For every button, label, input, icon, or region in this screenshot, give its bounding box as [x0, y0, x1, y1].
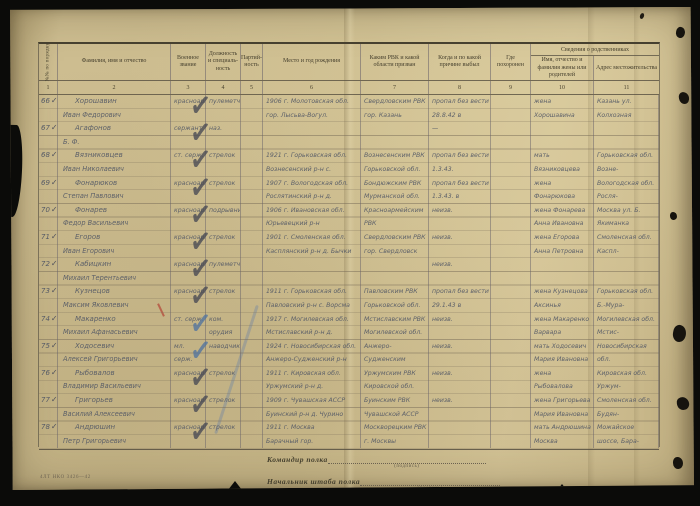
cell-rvk: Вознесенским РВК Горьковской обл. [361, 149, 429, 176]
check-mark-icon: ✓ [51, 340, 58, 351]
cell-party [241, 367, 263, 394]
surname-text: Егоров [61, 231, 169, 245]
surname-text: Фонарев [61, 204, 169, 218]
column-number: 2 [58, 81, 171, 94]
given-name-text: Иван Егорович [61, 245, 169, 259]
cell-rvk [361, 122, 429, 149]
cell-party [241, 285, 263, 312]
row-number: 78 [41, 421, 50, 434]
cell-buried [491, 313, 531, 340]
table-row: 78✓АндрюшинПетр Григорьевичкрасноарм.стр… [39, 421, 659, 448]
check-mark-icon: ✓ [51, 177, 58, 188]
cell-buried [491, 367, 531, 394]
cell-buried [491, 149, 531, 176]
table-row: 74✓МакаренкоМихаил Афанасьевичст. серж.к… [39, 313, 659, 340]
column-number: 3 [171, 81, 206, 94]
row-number: 70 [41, 204, 50, 217]
cell-rank: красноарм. [171, 285, 206, 312]
cell-relative: жена Рыбовалова Мария Васильевна [531, 367, 594, 394]
column-header-number-label: №№ по порядку [45, 43, 51, 82]
cell-out: неизв. [429, 204, 491, 231]
column-header-duty: Должность и специаль- ность [206, 44, 241, 80]
paper-edge-notch [555, 484, 569, 493]
chief-of-staff-signature-row: Начальник штаба полка (подпись) [267, 477, 500, 486]
cell-relative [531, 258, 594, 285]
cell-name: РыбоваловВладимир Васильевич [58, 367, 171, 394]
check-mark-icon: ✓ [51, 258, 58, 269]
cell-address: Горьковская обл. Б.-Мура- шкинский р-н с… [594, 285, 659, 312]
cell-num: 68✓ [39, 149, 58, 176]
cell-num: 67✓ [39, 122, 58, 149]
surname-text: Кабицкин [61, 258, 169, 272]
cell-name: ФонаревФедор Васильевич [58, 204, 171, 231]
cell-rvk: Бондюжским РВК Мурманской обл. [361, 177, 429, 204]
cell-out: неизв. [429, 258, 491, 285]
cell-rank: ст. серж. [171, 149, 206, 176]
column-header-name: Фамилия, имя и отчество [58, 44, 171, 80]
cell-born [263, 258, 361, 285]
cell-rank: мл. серж. [171, 340, 206, 367]
cell-relative: мать Ходосевич Мария Ивановна [531, 340, 594, 367]
cell-relative: жена Фонарева Анна Ивановна [531, 204, 594, 231]
cell-num: 74✓ [39, 313, 58, 340]
cell-duty: пулеметчик [206, 258, 241, 285]
paper-hole [673, 457, 683, 469]
row-number: 75 [41, 340, 50, 353]
surname-text: Хорошавин [61, 95, 169, 109]
cell-born: 1911 г. Горьковская обл. Павловский р-н … [263, 285, 361, 312]
paper-hole [676, 396, 691, 412]
cell-name: АгафоновБ. Ф. [58, 122, 171, 149]
cell-address: Смоленская обл. Каспл- янский р-н д. Быч… [594, 231, 659, 258]
table-row: 69✓ФонарюковСтепан Павловичкрасноарм.стр… [39, 177, 659, 204]
cell-num: 76✓ [39, 367, 58, 394]
cell-name: ВязниковцевИван Николаевич [58, 149, 171, 176]
cell-name: ФонарюковСтепан Павлович [58, 177, 171, 204]
cell-rank: красноарм. [171, 421, 206, 448]
cell-num: 66✓ [39, 95, 58, 122]
table-row: 66✓ХорошавинИван Федоровичкрасноарм.пуле… [39, 95, 659, 122]
cell-out: неизв. [429, 231, 491, 258]
table-row: 67✓АгафоновБ. Ф.сержантназ.—✓ [39, 122, 659, 149]
table-row: 72✓КабицкинМихаил Терентьевичкрасноарм.п… [39, 258, 659, 285]
cell-party [241, 394, 263, 421]
table-row: 70✓ФонаревФедор Васильевичкрасноарм.подр… [39, 204, 659, 231]
surname-text: Кузнецов [61, 285, 169, 299]
column-header-rank: Военное звание [171, 44, 206, 80]
cell-duty: стрелок [206, 149, 241, 176]
column-number: 7 [361, 81, 429, 94]
cell-out: пропал без вести 1.3.43. [429, 149, 491, 176]
given-name-text: Василий Алексеевич [61, 408, 169, 422]
cell-party [241, 340, 263, 367]
column-header-relative: Имя, отчество и фамилия жены или родител… [531, 56, 594, 80]
cell-rank: красноарм. [171, 258, 206, 285]
column-header-party: Партий- ность [241, 44, 263, 80]
cell-num: 70✓ [39, 204, 58, 231]
cell-num: 73✓ [39, 285, 58, 312]
commander-label: Командир полка [267, 455, 328, 464]
cell-address [594, 122, 659, 149]
cell-address: Горьковская обл. Возне- сенский р-н с. А… [594, 149, 659, 176]
cell-rvk [361, 258, 429, 285]
cell-rvk: Свердловским РВК гор. Свердловск [361, 231, 429, 258]
given-name-text: Иван Федорович [61, 109, 169, 123]
given-name-text: Михаил Терентьевич [61, 272, 169, 286]
column-header-buried: Где похоронен [491, 44, 531, 80]
cell-relative [531, 122, 594, 149]
row-number: 68 [41, 149, 50, 162]
paper-hole [675, 26, 687, 39]
cell-duty: ком. орудия [206, 313, 241, 340]
signature-caption: (подпись) [394, 464, 419, 469]
column-header-birth: Место и год рождения [263, 44, 361, 80]
cell-duty: стрелок [206, 285, 241, 312]
check-mark-icon: ✓ [51, 367, 58, 378]
check-mark-icon: ✓ [51, 231, 58, 242]
cell-buried [491, 394, 531, 421]
scanned-photo-background: { "document": { "type_note": "именной сп… [0, 0, 700, 506]
paper-hole [670, 212, 677, 220]
given-name-text: Б. Ф. [61, 136, 169, 150]
given-name-text: Федор Васильевич [61, 217, 169, 231]
cell-rvk: Анжеро-Судженским РВК [361, 340, 429, 367]
cell-out: — [429, 122, 491, 149]
cell-party [241, 231, 263, 258]
cell-party [241, 122, 263, 149]
column-header-departed: Когда и по какой причине выбыл [429, 44, 491, 80]
cell-rank: красноарм. [171, 231, 206, 258]
check-mark-icon: ✓ [51, 421, 58, 432]
cell-born: 1907 г. Вологодская обл. Рослятинский р-… [263, 177, 361, 204]
column-header-rvk: Каким РВК и какой области призван [361, 44, 429, 80]
cell-born: 1921 г. Горьковская обл. Вознесенский р-… [263, 149, 361, 176]
cell-name: КабицкинМихаил Терентьевич [58, 258, 171, 285]
surname-text: Андрюшин [61, 421, 169, 435]
cell-rank: красноарм. [171, 367, 206, 394]
cell-address: Могилевская обл. Мстис- лавский р-н д. Ш… [594, 313, 659, 340]
cell-relative: мать Андрюшина Москва [531, 421, 594, 448]
cell-address [594, 258, 659, 285]
cell-rvk: Павловским РВК Горьковской обл. [361, 285, 429, 312]
column-number: 9 [491, 81, 531, 94]
cell-duty: стрелок [206, 177, 241, 204]
cell-out: неизв. [429, 367, 491, 394]
cell-relative: жена Егорова Анна Петровна [531, 231, 594, 258]
cell-rvk: Уржумским РВК Кировской обл. [361, 367, 429, 394]
commander-signature-row: Командир полка (подпись) [267, 455, 486, 464]
cell-address: Вологодская обл. Росля- тинский р-н д. В… [594, 177, 659, 204]
column-number: 10 [531, 81, 594, 94]
cell-name: МакаренкоМихаил Афанасьевич [58, 313, 171, 340]
row-number: 69 [41, 177, 50, 190]
column-number: 1 [39, 81, 58, 94]
cell-name: АндрюшинПетр Григорьевич [58, 421, 171, 448]
cell-born: 1917 г. Могилевская обл. Мстиславский р-… [263, 313, 361, 340]
row-number: 77 [41, 394, 50, 407]
column-number: 6 [263, 81, 361, 94]
cell-out: неизв. [429, 313, 491, 340]
cell-born: 1911 г. Москва Барачный гор. [263, 421, 361, 448]
cell-out: пропал без вести 29.1.43 в Касторная [429, 285, 491, 312]
cell-duty: стрелок [206, 421, 241, 448]
cell-out [429, 421, 491, 448]
given-name-text: Владимир Васильевич [61, 380, 169, 394]
cell-rank: сержант [171, 122, 206, 149]
cell-name: ХорошавинИван Федорович [58, 95, 171, 122]
check-mark-icon: ✓ [51, 149, 58, 160]
chief-of-staff-label: Начальник штаба полка [267, 477, 360, 486]
cell-duty: пулеметчик [206, 95, 241, 122]
row-number: 76 [41, 367, 50, 380]
given-name-text: Максим Яковлевич [61, 299, 169, 313]
cell-num: 77✓ [39, 394, 58, 421]
cell-rvk: Москворецким РВК г. Москвы [361, 421, 429, 448]
cell-relative: жена Григорьева Мария Ивановна [531, 394, 594, 421]
cell-out: пропал без вести 28.8.42 в Калининской [429, 95, 491, 122]
surname-text: Рыбовалов [61, 367, 169, 381]
cell-born: 1906 г. Молотовская обл. гор. Лысьва-Вог… [263, 95, 361, 122]
table-row: 68✓ВязниковцевИван Николаевичст. серж.ст… [39, 149, 659, 176]
check-mark-icon: ✓ [51, 204, 58, 215]
relatives-header-block: Сведения о родственниках Имя, отчество и… [531, 44, 659, 80]
cell-address: Смоленская обл. Будян- ский р-н д. Мужик… [594, 394, 659, 421]
document-page: №№ по порядку Фамилия, имя и отчество Во… [10, 7, 694, 490]
check-mark-icon: ✓ [51, 285, 58, 296]
table-row: 71✓ЕгоровИван Егоровичкрасноарм.стрелок1… [39, 231, 659, 258]
column-header-address: Адрес местожительства [594, 56, 659, 80]
cell-party [241, 204, 263, 231]
paper-edge-notch [228, 481, 242, 490]
cell-born: 1906 г. Ивановская обл. Юрьевецкий р-н [263, 204, 361, 231]
surname-text: Ходосевич [61, 340, 169, 354]
cell-born: 1911 г. Кировская обл. Уржумский р-н д. … [263, 367, 361, 394]
paper-speck [639, 12, 645, 19]
cell-relative: жена Макаренко Варвара [531, 313, 594, 340]
commander-signature-line: (подпись) [328, 455, 486, 464]
cell-out: пропал без вести 1.3.43. в Сотеншино [429, 177, 491, 204]
cell-rank: красноарм. [171, 177, 206, 204]
cell-party [241, 258, 263, 285]
register-table: №№ по порядку Фамилия, имя и отчество Во… [38, 42, 660, 447]
table-row: 73✓КузнецовМаксим Яковлевичкрасноарм.стр… [39, 285, 659, 312]
cell-out: неизв. [429, 394, 491, 421]
cell-relative: мать Вязниковцева Мария Федоровна [531, 149, 594, 176]
cell-address: Казань ул. Колхозная ул. Степанская д. 1… [594, 95, 659, 122]
cell-buried [491, 204, 531, 231]
cell-party [241, 95, 263, 122]
cell-address: Кировская обл. Уржум- ский р-н д. Кружил… [594, 367, 659, 394]
cell-party [241, 177, 263, 204]
given-name-text: Иван Николаевич [61, 163, 169, 177]
cell-address: Можайское шоссе, Бара- чный гор. д. № 19 [594, 421, 659, 448]
cell-born: 1901 г. Смоленская обл. Касплянский р-н … [263, 231, 361, 258]
cell-name: КузнецовМаксим Яковлевич [58, 285, 171, 312]
column-numbers-row: 1 2 3 4 5 6 7 8 9 10 11 [39, 81, 659, 95]
cell-duty: подрывник [206, 204, 241, 231]
cell-rank: ст. серж. [171, 313, 206, 340]
cell-buried [491, 95, 531, 122]
cell-duty: наз. [206, 122, 241, 149]
row-number: 71 [41, 231, 50, 244]
surname-text: Вязниковцев [61, 149, 169, 163]
row-number: 66 [41, 95, 50, 108]
cell-num: 71✓ [39, 231, 58, 258]
cell-relative: жена Хорошавина Евгения Леонтьевна [531, 95, 594, 122]
cell-buried [491, 177, 531, 204]
cell-name: ГригорьевВасилий Алексеевич [58, 394, 171, 421]
cell-born: 1924 г. Новосибирская обл. Анжеро-Суджен… [263, 340, 361, 367]
row-number: 73 [41, 285, 50, 298]
cell-rank: красноарм. [171, 204, 206, 231]
cell-buried [491, 421, 531, 448]
cell-name: ХодосевичАлексей Григорьевич [58, 340, 171, 367]
table-row: 77✓ГригорьевВасилий Алексеевичкрасноарм.… [39, 394, 659, 421]
cell-address: Москва ул. Б. Якиманка д. 6 кв. 2 [594, 204, 659, 231]
cell-rank: красноарм. [171, 394, 206, 421]
cell-name: ЕгоровИван Егорович [58, 231, 171, 258]
signature-caption: (подпись) [417, 486, 442, 491]
column-number: 11 [594, 81, 659, 94]
cell-rvk: Мстиславским РВК Могилевской обл. [361, 313, 429, 340]
check-mark-icon: ✓ [51, 313, 58, 324]
cell-address: Новосибирская обл. Анжеро-Судженский р-н [594, 340, 659, 367]
surname-text: Агафонов [61, 122, 169, 136]
cell-num: 75✓ [39, 340, 58, 367]
chief-signature-line: (подпись) [360, 477, 500, 486]
cell-buried [491, 285, 531, 312]
cell-relative: жена Фонарюкова Зинаида Васильевна [531, 177, 594, 204]
cell-num: 72✓ [39, 258, 58, 285]
cell-party [241, 149, 263, 176]
cell-duty: наводчик [206, 340, 241, 367]
paper-hole [671, 324, 687, 343]
form-imprint: 4ЛТ НКО 3426—42 [40, 475, 91, 480]
cell-born: 1909 г. Чувашская АССР Буинский р-н д. Ч… [263, 394, 361, 421]
row-number: 67 [41, 122, 50, 135]
cell-num: 69✓ [39, 177, 58, 204]
cell-relative: жена Кузнецова Аксинья Федоровна [531, 285, 594, 312]
surname-text: Фонарюков [61, 177, 169, 191]
cell-duty: стрелок [206, 394, 241, 421]
column-number: 5 [241, 81, 263, 94]
cell-buried [491, 231, 531, 258]
row-number: 72 [41, 258, 50, 271]
table-body: 66✓ХорошавинИван Федоровичкрасноарм.пуле… [39, 95, 659, 450]
cell-party [241, 421, 263, 448]
check-mark-icon: ✓ [51, 95, 58, 106]
given-name-text: Петр Григорьевич [61, 435, 169, 449]
cell-party [241, 313, 263, 340]
surname-text: Григорьев [61, 394, 169, 408]
check-mark-icon: ✓ [51, 122, 58, 133]
cell-num: 78✓ [39, 421, 58, 448]
cell-rank: красноарм. [171, 95, 206, 122]
given-name-text: Степан Павлович [61, 190, 169, 204]
cell-out: неизв. [429, 340, 491, 367]
cell-rvk: Свердловским РВК гор. Казань [361, 95, 429, 122]
cell-duty: стрелок [206, 367, 241, 394]
cell-rvk: Буинским РВК Чувашской АССР [361, 394, 429, 421]
cell-buried [491, 340, 531, 367]
paper-tear [5, 125, 23, 217]
column-header-number: №№ по порядку [39, 44, 58, 80]
column-number: 4 [206, 81, 241, 94]
column-number: 8 [429, 81, 491, 94]
table-row: 75✓ХодосевичАлексей Григорьевичмл. серж.… [39, 340, 659, 367]
cell-buried [491, 122, 531, 149]
given-name-text: Алексей Григорьевич [61, 353, 169, 367]
relatives-span-header: Сведения о родственниках [531, 44, 659, 56]
cell-born [263, 122, 361, 149]
cell-buried [491, 258, 531, 285]
table-header-row: №№ по порядку Фамилия, имя и отчество Во… [39, 44, 659, 81]
check-mark-icon: ✓ [51, 394, 58, 405]
cell-duty: стрелок [206, 231, 241, 258]
given-name-text: Михаил Афанасьевич [61, 326, 169, 340]
paper-hole [678, 91, 690, 105]
surname-text: Макаренко [61, 313, 169, 327]
table-row: 76✓РыбоваловВладимир Васильевичкрасноарм… [39, 367, 659, 394]
row-number: 74 [41, 313, 50, 326]
cell-rvk: Красноармейским РВК Московской обл. [361, 204, 429, 231]
